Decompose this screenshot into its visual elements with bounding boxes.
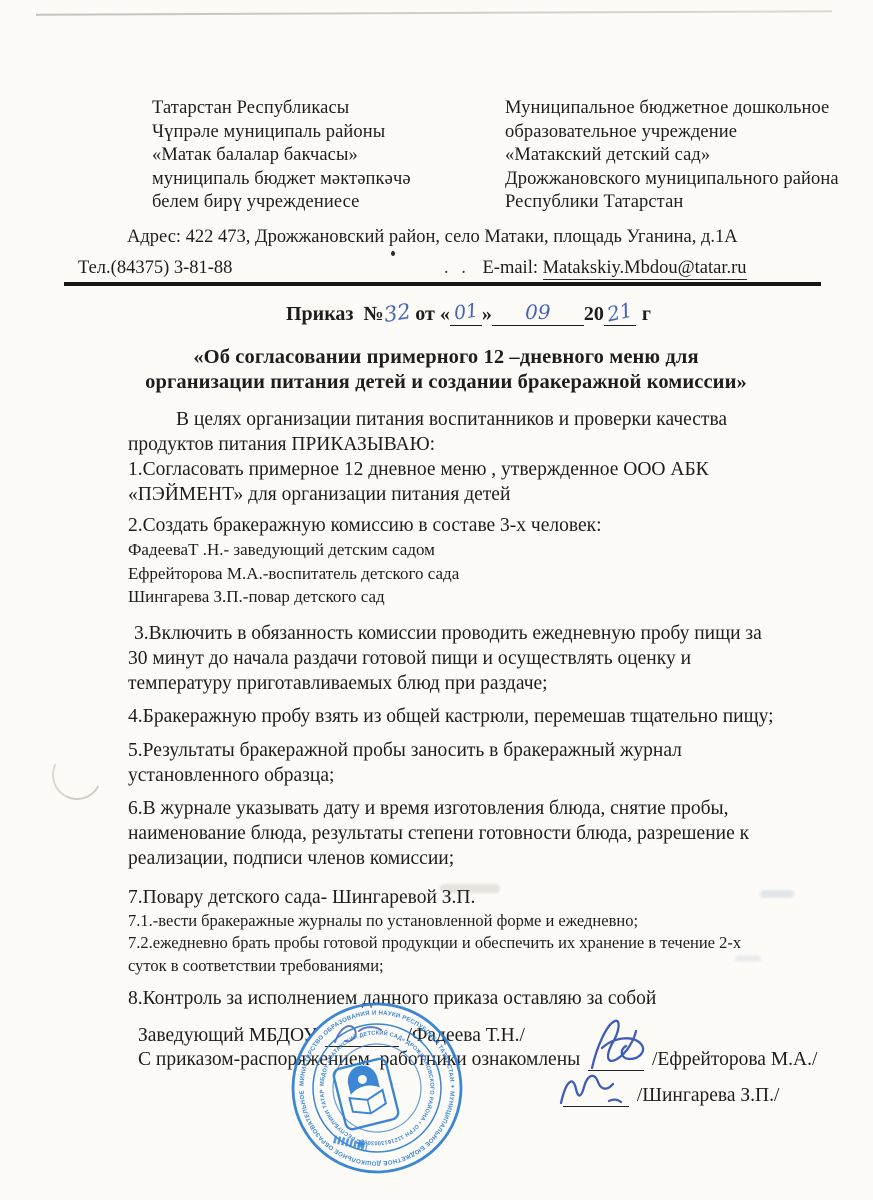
- separator-rule: [64, 282, 821, 286]
- signature-line: [563, 1084, 629, 1107]
- handwritten-day: 01: [452, 299, 479, 324]
- org-line: Дрожжановского муниципального района: [505, 168, 865, 192]
- paragraph-item-7-sub: 7.1.-вести бракеражные журналы по устано…: [128, 910, 834, 978]
- scanned-order-document: Татарстан Республикасы Чүпрәле муниципал…: [0, 0, 873, 1200]
- scan-artifact-page-edge: [36, 10, 832, 15]
- signature-row-shingareva: /Шингарева З.П./: [560, 1084, 779, 1107]
- org-name-tatar: Татарстан Республикасы Чүпрәле муниципал…: [152, 97, 492, 215]
- year-slot: 21: [604, 301, 636, 326]
- paragraph-item-3: 3.Включить в обязанность комиссии провод…: [128, 621, 834, 696]
- order-from: от «: [410, 303, 450, 325]
- paragraph-item-8: 8.Контроль за исполнением данного приказ…: [128, 986, 834, 1011]
- org-line: муниципаль бюджет мәктәпкәчә: [152, 168, 492, 192]
- close-quote: »: [482, 303, 492, 325]
- org-line: Чүпрәле муниципаль районы: [152, 121, 492, 145]
- org-line: «Матак балалар бакчасы»: [152, 144, 492, 168]
- org-line: белем бирү учреждениесе: [152, 191, 492, 215]
- paragraph-item-4: 4.Бракеражную пробу взять из общей кастр…: [128, 704, 834, 729]
- year-suffix: г: [642, 303, 651, 325]
- handwritten-signature-shingareva: [557, 1063, 627, 1109]
- email-address: Matakskiy.Mbdou@tatar.ru: [543, 258, 747, 280]
- handwritten-month: 09: [525, 301, 550, 323]
- stamp-middle-circle: [313, 1024, 441, 1152]
- paragraph-item-7: 7.Повару детского сада- Шингаревой З.П.: [128, 885, 834, 910]
- order-prefix: Приказ №: [286, 303, 384, 325]
- org-line: Республики Татарстан: [505, 191, 865, 215]
- paragraph-item-6: 6.В журнале указывать дату и время изгот…: [128, 796, 834, 871]
- day-slot: 01: [450, 301, 482, 326]
- order-body: В целях организации питания воспитаннико…: [128, 407, 834, 1011]
- document-subject: «Об согласовании примерного 12 –дневного…: [60, 345, 832, 394]
- org-line: Татарстан Республикасы: [152, 97, 492, 121]
- email-label: E-mail:: [483, 258, 538, 278]
- year-printed: 20: [584, 303, 604, 325]
- stamp-inner-circle: [333, 1044, 421, 1132]
- stamp-outer-circle: [293, 1004, 461, 1172]
- paragraph-preamble: В целях организации питания воспитаннико…: [128, 407, 834, 457]
- scan-artifact-ink-dot: [391, 251, 395, 256]
- handwritten-year: 21: [605, 299, 634, 326]
- address-line: Адрес: 422 473, Дрожжановский район, сел…: [127, 227, 738, 248]
- scan-artifact-dots: . .: [444, 258, 470, 278]
- commission-member: Ефрейторова М.А.-воспитатель детского са…: [128, 562, 834, 586]
- handwritten-order-number: 32: [382, 299, 412, 327]
- subject-line: «Об согласовании примерного 12 –дневного…: [60, 345, 832, 370]
- org-name-russian: Муниципальное бюджетное дошкольное образ…: [505, 97, 865, 215]
- signature-name: /Ефрейторова М.А./: [652, 1049, 817, 1070]
- signature-row-efreitorova: С приказом-распоряжением работники ознак…: [138, 1048, 817, 1071]
- commission-members-list: ФадееваТ .Н.- заведующий детским садом Е…: [128, 538, 834, 609]
- paragraph-item-5: 5.Результаты бракеражной пробы заносить …: [128, 738, 834, 788]
- contact-row: Тел.(84375) 3-81-88 . . E-mail: Matakski…: [78, 258, 838, 279]
- email-group: . . E-mail: Matakskiy.Mbdou@tatar.ru: [444, 258, 747, 279]
- scan-artifact-arc: [45, 743, 108, 806]
- org-line: Муниципальное бюджетное дошкольное: [505, 97, 865, 121]
- signature-name: /Шингарева З.П./: [637, 1085, 780, 1106]
- commission-member: Шингарева З.П.-повар детского сад: [128, 585, 834, 609]
- subject-line: организации питания детей и создании бра…: [60, 370, 832, 395]
- official-round-stamp: МИНИСТЕРСТВО ОБРАЗОВАНИЯ И НАУКИ РЕСПУБЛ…: [287, 998, 467, 1178]
- org-line: «Матакский детский сад»: [505, 144, 865, 168]
- commission-member: ФадееваТ .Н.- заведующий детским садом: [128, 538, 834, 562]
- org-line: образовательное учреждение: [505, 121, 865, 145]
- phone-number: Тел.(84375) 3-81-88: [78, 258, 232, 278]
- order-number-line: Приказ №32 от «01»092021г: [286, 301, 651, 326]
- paragraph-item-1: 1.Согласовать примерное 12 дневное меню …: [128, 457, 834, 507]
- month-slot: 09: [492, 301, 584, 326]
- paragraph-item-2: 2.Создать бракеражную комиссию в составе…: [128, 513, 834, 538]
